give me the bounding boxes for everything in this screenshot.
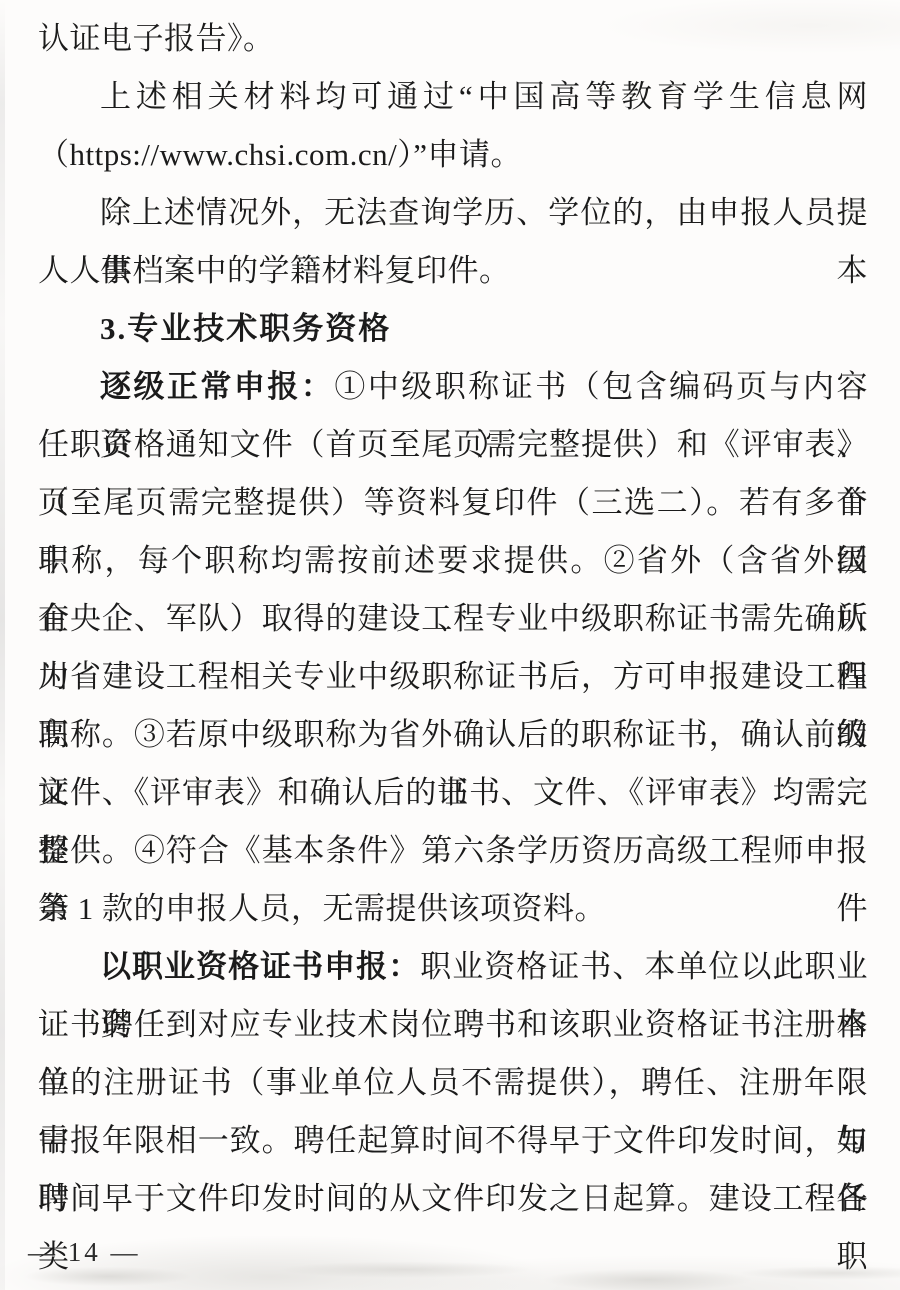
line-url: （https://www.chsi.com.cn/）”申请。 — [38, 126, 868, 184]
body-text: （https://www.chsi.com.cn/）”申请。 — [38, 137, 522, 172]
line-body: 位的注册证书（事业单位人员不需提供），聘任、注册年限需与 — [38, 1054, 868, 1112]
line-para-start: 上述相关材料均可通过“中国高等教育学生信息网 — [38, 68, 868, 126]
line-body: 申报年限相一致。聘任起算时间不得早于文件印发时间，如聘任 — [38, 1112, 868, 1170]
line-paragraph-end: 认证电子报告》。 — [38, 10, 868, 68]
document-text-block: 认证电子报告》。上述相关材料均可通过“中国高等教育学生信息网（https://w… — [38, 10, 868, 1228]
emphasis-text: 逐级正常申报： — [100, 369, 334, 404]
body-text: 人人事档案中的学籍材料复印件。 — [38, 253, 511, 288]
line-para-start: 以职业资格证书申报：职业资格证书、本单位以此职业资格 — [38, 938, 868, 996]
line-body: 职称，每个职称均需按前述要求提供。②省外（含省外国企、所 — [38, 532, 868, 590]
line-body: 文件、《评审表》和确认后的证书、文件、《评审表》均需完整 — [38, 764, 868, 822]
line-section-heading: 3.专业技术职务资格 — [38, 300, 868, 358]
emphasis-text: 3.专业技术职务资格 — [100, 311, 391, 346]
line-para-start: 逐级正常申报：①中级职称证书（包含编码页与内容页）、 — [38, 358, 868, 416]
scan-edge-smudge — [0, 0, 5, 1290]
line-para-start: 除上述情况外，无法查询学历、学位的，由申报人员提供本 — [38, 184, 868, 242]
scanned-page: 认证电子报告》。上述相关材料均可通过“中国高等教育学生信息网（https://w… — [0, 0, 900, 1290]
body-text: 认证电子报告》。 — [38, 21, 275, 56]
line-body: 页至尾页需完整提供）等资料复印件（三选二）。若有多个中级 — [38, 474, 868, 532]
line-body: 证书聘任到对应专业技术岗位聘书和该职业资格证书注册本单 — [38, 996, 868, 1054]
line-body: 有央企、军队）取得的建设工程专业中级职称证书需先确认为四 — [38, 590, 868, 648]
page-number: — 14 — — [28, 1236, 141, 1268]
line-body: 时间早于文件印发时间的从文件印发之日起算。建设工程各类职 — [38, 1170, 868, 1228]
line-body: 川省建设工程相关专业中级职称证书后，方可申报建设工程高级 — [38, 648, 868, 706]
line-body: 职称。③若原中级职称为省外确认后的职称证书，确认前的证书、 — [38, 706, 868, 764]
body-text: 时间早于文件印发时间的从文件印发之日起算。建设工程各类职 — [38, 1181, 868, 1274]
line-body: 任职资格通知文件（首页至尾页需完整提供）和《评审表》（首 — [38, 416, 868, 474]
emphasis-text: 以职业资格证书申报： — [100, 949, 420, 984]
line-body: 提供。④符合《基本条件》第六条学历资历高级工程师申报条件 — [38, 822, 868, 880]
body-text: 上述相关材料均可通过“中国高等教育学生信息网 — [100, 79, 868, 114]
body-text: 第 1 款的申报人员，无需提供该项资料。 — [38, 891, 606, 926]
